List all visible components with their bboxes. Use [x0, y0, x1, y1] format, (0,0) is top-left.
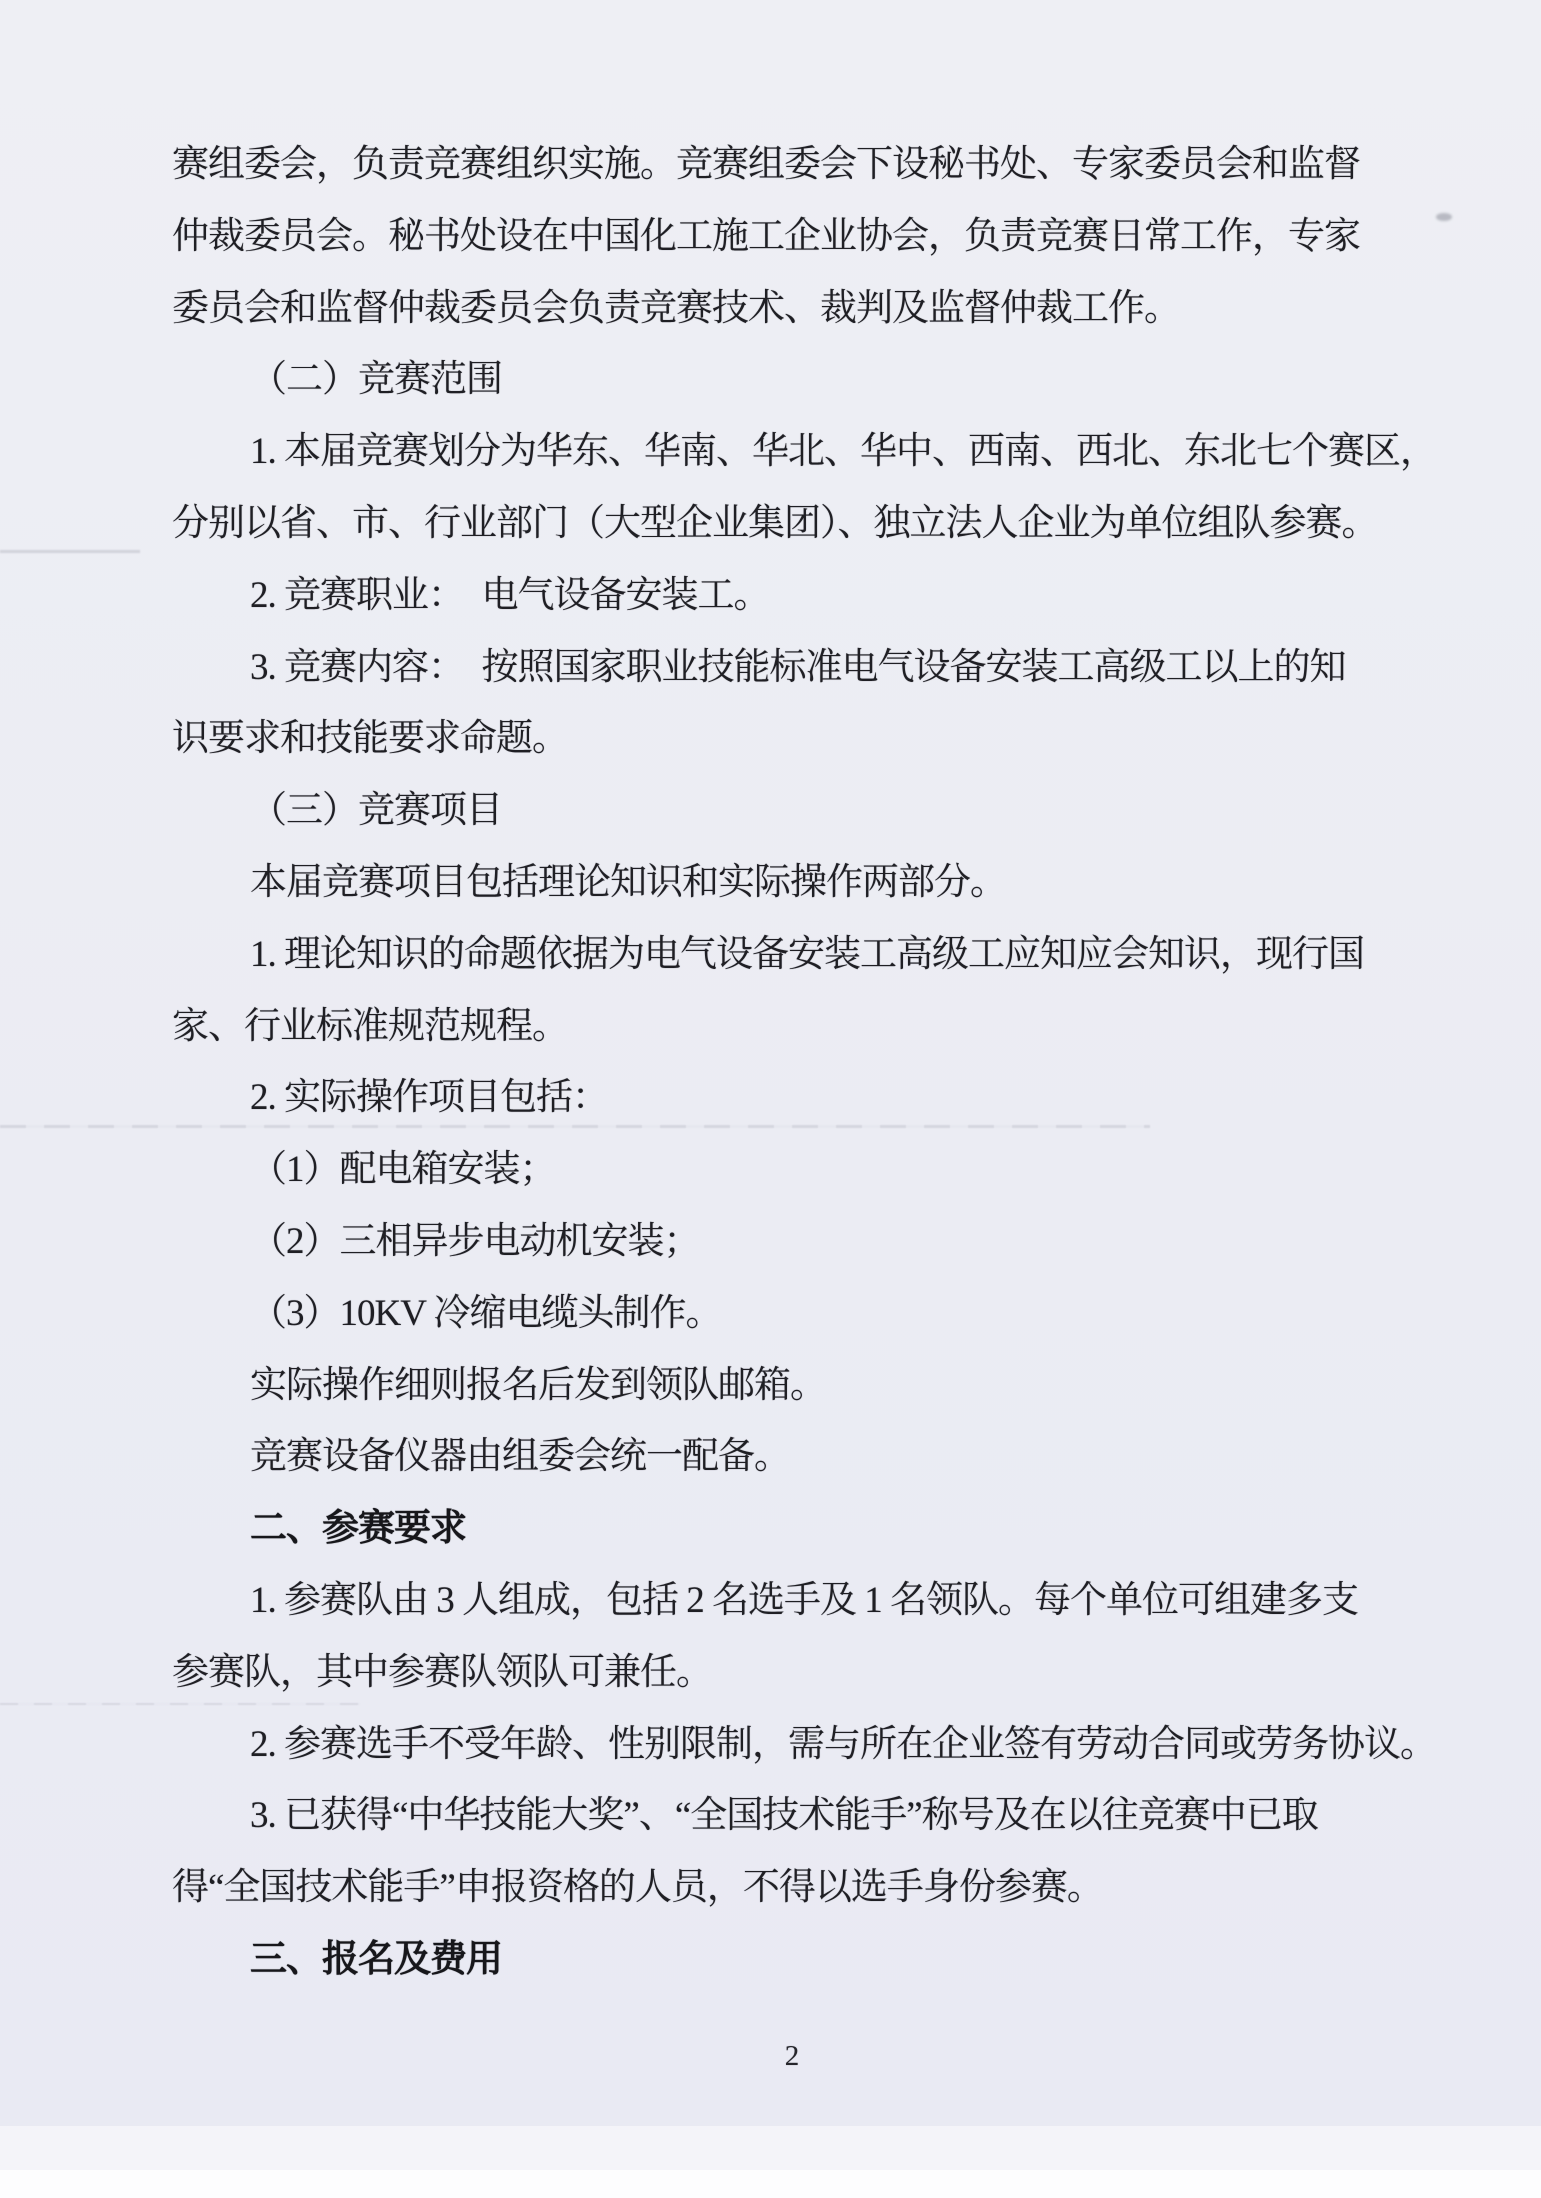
text-line: （三）竞赛项目	[250, 789, 502, 833]
text-line: 1. 本届竞赛划分为华东、华南、华北、华中、西南、西北、东北七个赛区，	[250, 430, 1436, 474]
text-line: 得“全国技术能手”申报资格的人员，不得以选手身份参赛。	[172, 1866, 1103, 1910]
scanned-document-page: 赛组委会，负责竞赛组织实施。竞赛组委会下设秘书处、专家委员会和监督仲裁委员会。秘…	[0, 0, 1541, 2198]
text-line: 2. 实际操作项目包括：	[250, 1076, 608, 1120]
text-line: 委员会和监督仲裁委员会负责竞赛技术、裁判及监督仲裁工作。	[172, 287, 1180, 331]
section-heading-line: 二、参赛要求	[250, 1507, 466, 1551]
page-number: 2	[772, 2040, 812, 2073]
text-line: 家、行业标准规范规程。	[172, 1005, 568, 1049]
text-line: 3. 竞赛内容： 按照国家职业技能标准电气设备安装工高级工以上的知	[250, 646, 1346, 690]
text-line: 本届竞赛项目包括理论知识和实际操作两部分。	[250, 861, 1006, 905]
text-line: （1）配电箱安装；	[250, 1148, 556, 1192]
text-line: （2）三相异步电动机安装；	[250, 1220, 700, 1264]
text-line: （3）10KV 冷缩电缆头制作。	[250, 1292, 722, 1336]
text-line: 1. 参赛队由 3 人组成，包括 2 名选手及 1 名领队。每个单位可组建多支	[250, 1579, 1358, 1623]
text-line: 参赛队，其中参赛队领队可兼任。	[172, 1651, 712, 1695]
text-line: 分别以省、市、行业部门（大型企业集团）、独立法人企业为单位组队参赛。	[172, 502, 1378, 546]
text-line: （二）竞赛范围	[250, 358, 502, 402]
text-line: 实际操作细则报名后发到领队邮箱。	[250, 1364, 826, 1408]
text-line: 2. 竞赛职业： 电气设备安装工。	[250, 574, 770, 618]
scan-edge-band-white	[0, 2170, 1541, 2198]
document-text-block: 赛组委会，负责竞赛组织实施。竞赛组委会下设秘书处、专家委员会和监督仲裁委员会。秘…	[0, 0, 1541, 2198]
text-line: 仲裁委员会。秘书处设在中国化工施工企业协会，负责竞赛日常工作，专家	[172, 215, 1360, 259]
text-line: 2. 参赛选手不受年龄、性别限制，需与所在企业签有劳动合同或劳务协议。	[250, 1723, 1436, 1767]
scan-edge-band-light	[0, 2126, 1541, 2170]
section-heading-line: 三、报名及费用	[250, 1938, 502, 1982]
text-line: 1. 理论知识的命题依据为电气设备安装工高级工应知应会知识，现行国	[250, 933, 1364, 977]
text-line: 3. 已获得“中华技能大奖”、“全国技术能手”称号及在以往竞赛中已取	[250, 1794, 1318, 1838]
text-line: 赛组委会，负责竞赛组织实施。竞赛组委会下设秘书处、专家委员会和监督	[172, 143, 1360, 187]
text-line: 识要求和技能要求命题。	[172, 717, 568, 761]
text-line: 竞赛设备仪器由组委会统一配备。	[250, 1435, 790, 1479]
